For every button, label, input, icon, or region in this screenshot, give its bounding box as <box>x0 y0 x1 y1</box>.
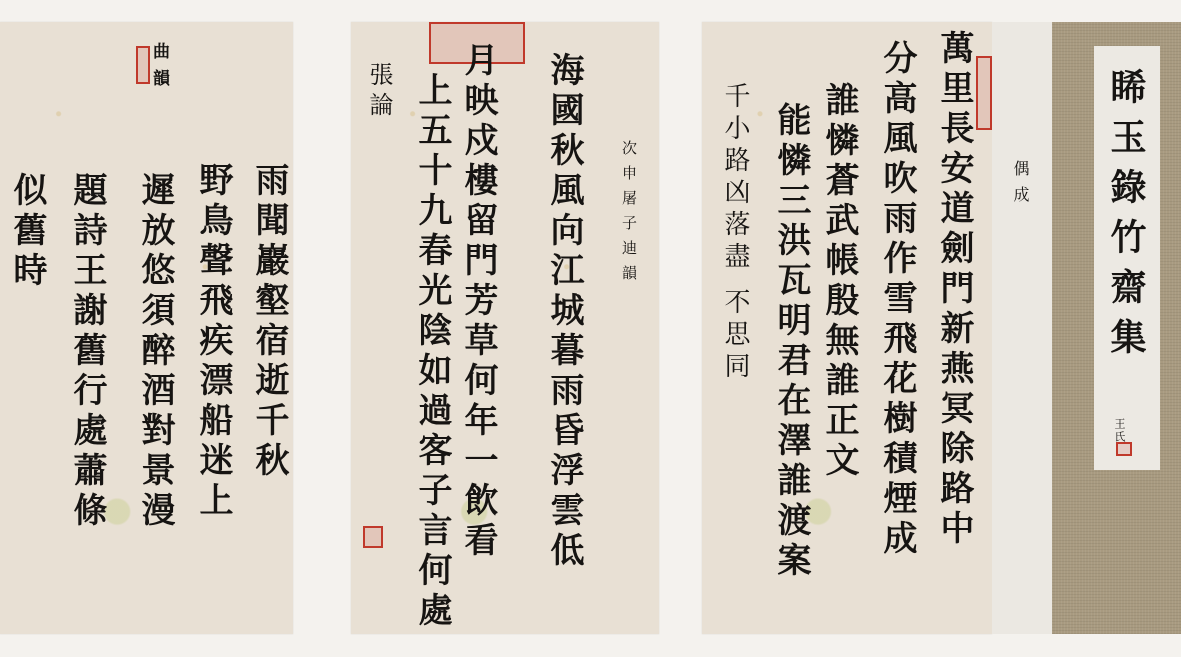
calligraphy-column: 萬里長安道劍門新燕冥除路中 <box>937 30 971 550</box>
calligraphy-column: 海國秋風向江城暮雨昏浮雲低 <box>547 52 581 572</box>
red-seal <box>136 46 150 84</box>
calligraphy-column: 千小路凶落盡 不思同 <box>722 82 748 384</box>
leaf-margin: 偶成 <box>992 22 1052 634</box>
leaf-header: 曲韻 <box>150 42 167 96</box>
calligraphy-column: 張論 <box>367 62 391 122</box>
red-seal <box>363 526 383 548</box>
poem-title: 偶成 <box>1012 160 1028 212</box>
calligraphy-column: 上五十九春光陰如過客子言何處 <box>415 72 449 632</box>
poem-title: 次申屠子迪韻 <box>621 140 636 290</box>
calligraphy-column: 雨聞巖壑宿逝千秋 <box>252 162 286 482</box>
seal-inscription: 王氏 <box>1114 418 1125 444</box>
red-seal <box>976 56 992 130</box>
calligraphy-column: 遲放悠須醉酒對景漫 <box>138 172 172 532</box>
calligraphy-column: 能憐三洪瓦明君在澤誰渡案 <box>774 102 808 582</box>
calligraphy-column: 誰憐蒼武帳殷無誰正文 <box>822 82 856 482</box>
calligraphy-leaf-left: 曲韻 雨聞巖壑宿逝千秋 野鳥聲飛疾漂船迷上 遲放悠須醉酒對景漫 題詩王謝舊行處蕭… <box>0 22 293 634</box>
calligraphy-leaf-right: 萬里長安道劍門新燕冥除路中 分高風吹雨作雪飛花樹積煙成 誰憐蒼武帳殷無誰正文 能… <box>702 22 992 634</box>
calligraphy-column: 似舊時 <box>10 172 44 292</box>
red-seal <box>1116 442 1132 456</box>
calligraphy-column: 分高風吹雨作雪飛花樹積煙成 <box>880 40 914 560</box>
calligraphy-column: 題詩王謝舊行處蕭條 <box>70 172 104 532</box>
calligraphy-column: 月映戍樓留門芳草何年一飲看 <box>461 42 495 562</box>
album-title: 睎玉錄竹齋集 <box>1108 68 1144 368</box>
calligraphy-column: 野鳥聲飛疾漂船迷上 <box>196 162 230 522</box>
title-slip: 睎玉錄竹齋集 王氏 <box>1094 46 1160 470</box>
calligraphy-leaf-middle: 次申屠子迪韻 海國秋風向江城暮雨昏浮雲低 月映戍樓留門芳草何年一飲看 上五十九春… <box>351 22 659 634</box>
